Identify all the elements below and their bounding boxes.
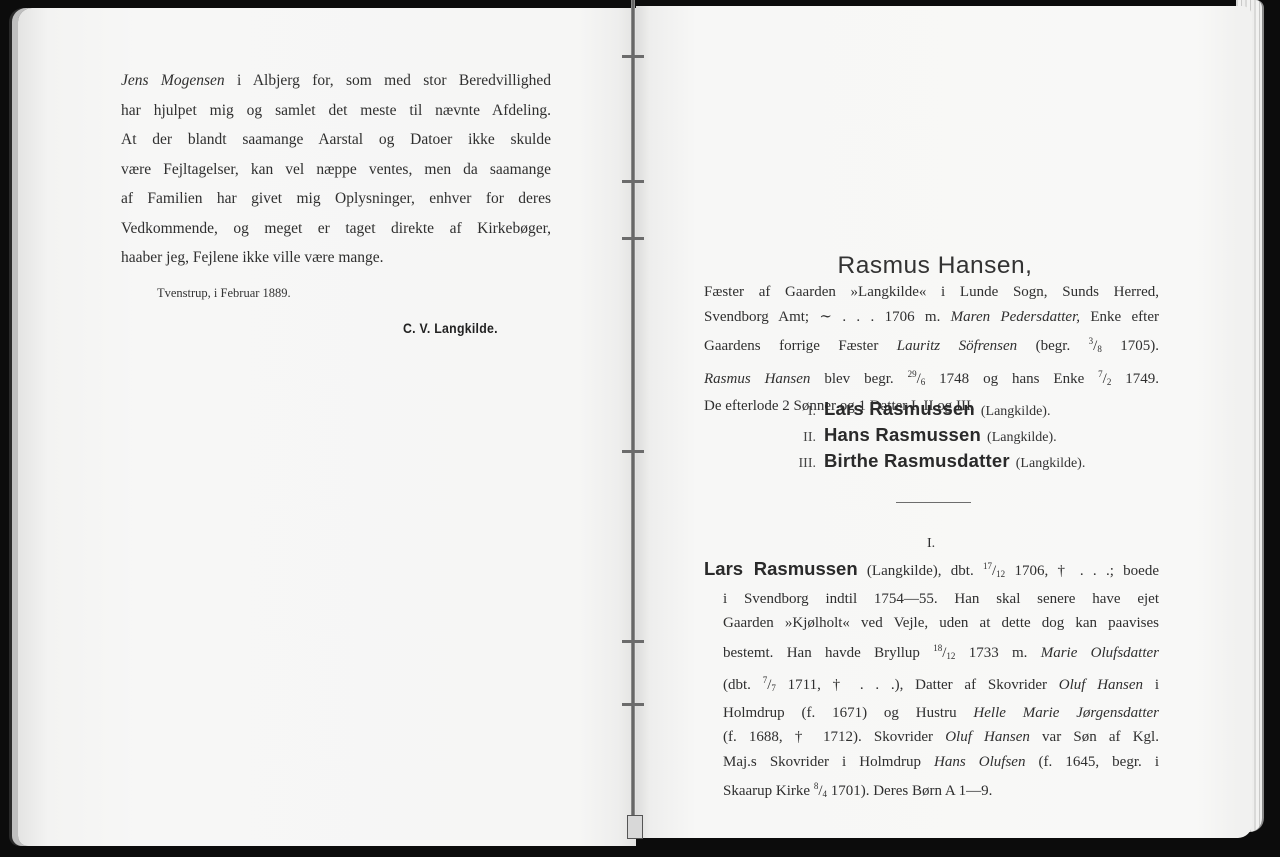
text-segment: 1749. [1111, 371, 1159, 387]
text-segment: 1705). [1102, 338, 1159, 354]
italic-name: Lauritz Söfrensen [897, 338, 1017, 354]
book-spine [631, 0, 635, 838]
preface-paragraph: Jens Mogensen i Albjerg for, som med sto… [121, 66, 551, 273]
text-line: i Svendborg indtil 1754—55. Han skal sen… [704, 587, 1159, 612]
place-date: Tvenstrup, i Februar 1889. [157, 286, 291, 301]
text-line: være Fejltagelser, kan vel næppe ventes,… [121, 155, 551, 185]
author-signature: C. V. Langkilde. [403, 320, 498, 336]
italic-name: Oluf Hansen [945, 729, 1030, 745]
child-place: (Langkilde). [987, 430, 1057, 446]
text-segment: (begr. [1017, 338, 1088, 354]
text-segment: 1711, † . . .), Datter af Skovrider [776, 677, 1059, 693]
text-line: Fæster af Gaarden »Langkilde« i Lunde So… [704, 280, 1159, 305]
text-line: har hjulpet mig og samlet det meste til … [121, 96, 551, 126]
date-denominator: 12 [996, 569, 1005, 579]
text-segment: 1706, † . . .; boede [1005, 563, 1159, 579]
text-segment: Holmdrup (f. 1671) og Hustru [723, 705, 973, 721]
text-line: af Familien har givet mig Oplysninger, e… [121, 184, 551, 214]
text-line: At der blandt saamange Aarstal og Datoer… [121, 125, 551, 155]
section-number: I. [927, 536, 935, 552]
section-paragraph: Lars Rasmussen (Langkilde), dbt. 17/12 1… [704, 554, 1159, 807]
binding-stitch [622, 237, 644, 240]
binding-stitch [622, 450, 644, 453]
text-line: Lars Rasmussen (Langkilde), dbt. 17/12 1… [704, 554, 1159, 587]
italic-name: Hans Olufsen [934, 754, 1025, 770]
children-list: I. Lars Rasmussen (Langkilde). II. Hans … [780, 398, 1085, 476]
binding-foot [627, 815, 643, 839]
text-segment: (f. 1645, begr. i [1025, 754, 1159, 770]
binding-stitch [622, 180, 644, 183]
text-segment: 1701). Deres Børn A 1—9. [827, 783, 992, 799]
italic-name: Helle Marie Jørgensdatter [973, 705, 1159, 721]
text-segment: i Albjerg for, som med stor Beredvilligh… [225, 72, 551, 89]
text-segment: (dbt. [723, 677, 763, 693]
text-segment: Fæster af Gaarden »Langkilde« i Lunde So… [704, 284, 1159, 300]
text-line: Rasmus Hansen blev begr. 29/6 1748 og ha… [704, 362, 1159, 395]
text-segment: 1733 m. [955, 645, 1040, 661]
italic-name: Jens Mogensen [121, 72, 225, 89]
child-entry: III. Birthe Rasmusdatter (Langkilde). [780, 450, 1085, 476]
text-line: Jens Mogensen i Albjerg for, som med sto… [121, 66, 551, 96]
text-line: Svendborg Amt; ∼ . . . 1706 m. Maren Ped… [704, 305, 1159, 330]
child-name: Lars Rasmussen [824, 398, 975, 420]
text-line: (f. 1688, † 1712). Skovrider Oluf Hansen… [704, 725, 1159, 750]
text-line: Maj.s Skovrider i Holmdrup Hans Olufsen … [704, 750, 1159, 775]
child-entry: I. Lars Rasmussen (Langkilde). [780, 398, 1085, 424]
text-segment: Enke efter [1080, 309, 1159, 325]
italic-name: Oluf Hansen [1059, 677, 1143, 693]
text-line: (dbt. 7/7 1711, † . . .), Datter af Skov… [704, 668, 1159, 701]
roman-numeral: II. [780, 430, 816, 446]
text-segment: 1748 og hans Enke [925, 371, 1098, 387]
italic-name: Rasmus Hansen [704, 371, 810, 387]
person-name-bold: Lars Rasmussen [704, 558, 858, 579]
text-line: Gaarden »Kjølholt« ved Vejle, uden at de… [704, 611, 1159, 636]
binding-stitch [622, 55, 644, 58]
text-segment: (f. 1688, † 1712). Skovrider [723, 729, 945, 745]
italic-name: Marie Olufsdatter [1041, 645, 1159, 661]
italic-name: Maren Pedersdatter, [951, 309, 1080, 325]
roman-numeral: I. [780, 404, 816, 420]
text-segment: blev begr. [810, 371, 907, 387]
roman-numeral: III. [780, 456, 816, 472]
date-numerator: 29 [908, 369, 917, 379]
child-name: Birthe Rasmusdatter [824, 450, 1010, 472]
text-line: bestemt. Han havde Bryllup 18/12 1733 m.… [704, 636, 1159, 669]
text-line: Holmdrup (f. 1671) og Hustru Helle Marie… [704, 701, 1159, 726]
text-line: Skaarup Kirke 8/4 1701). Deres Børn A 1—… [704, 774, 1159, 807]
text-segment: Maj.s Skovrider i Holmdrup [723, 754, 934, 770]
child-place: (Langkilde). [981, 404, 1051, 420]
date-numerator: 18 [933, 643, 942, 653]
binding-stitch [622, 640, 644, 643]
child-name: Hans Rasmussen [824, 424, 981, 446]
text-line: Vedkommende, og meget er taget direkte a… [121, 214, 551, 244]
section-divider [896, 502, 971, 503]
child-place: (Langkilde). [1016, 456, 1086, 472]
text-segment: i Svendborg indtil 1754—55. Han skal sen… [723, 591, 1159, 607]
child-entry: II. Hans Rasmussen (Langkilde). [780, 424, 1085, 450]
date-numerator: 17 [983, 561, 992, 571]
text-line: Gaardens forrige Fæster Lauritz Söfrense… [704, 329, 1159, 362]
text-segment: bestemt. Han havde Bryllup [723, 645, 933, 661]
text-line: haaber jeg, Fejlene ikke ville være mang… [121, 243, 551, 273]
text-segment: Gaarden »Kjølholt« ved Vejle, uden at de… [723, 615, 1159, 631]
text-segment: i [1143, 677, 1159, 693]
text-segment: var Søn af Kgl. [1030, 729, 1159, 745]
text-segment: Skaarup Kirke [723, 783, 814, 799]
page-heading: Rasmus Hansen, [700, 252, 1170, 280]
text-segment: Svendborg Amt; ∼ . . . 1706 m. [704, 309, 951, 325]
binding-stitch [622, 703, 644, 706]
text-segment: Gaardens forrige Fæster [704, 338, 897, 354]
text-segment: (Langkilde), dbt. [858, 563, 983, 579]
